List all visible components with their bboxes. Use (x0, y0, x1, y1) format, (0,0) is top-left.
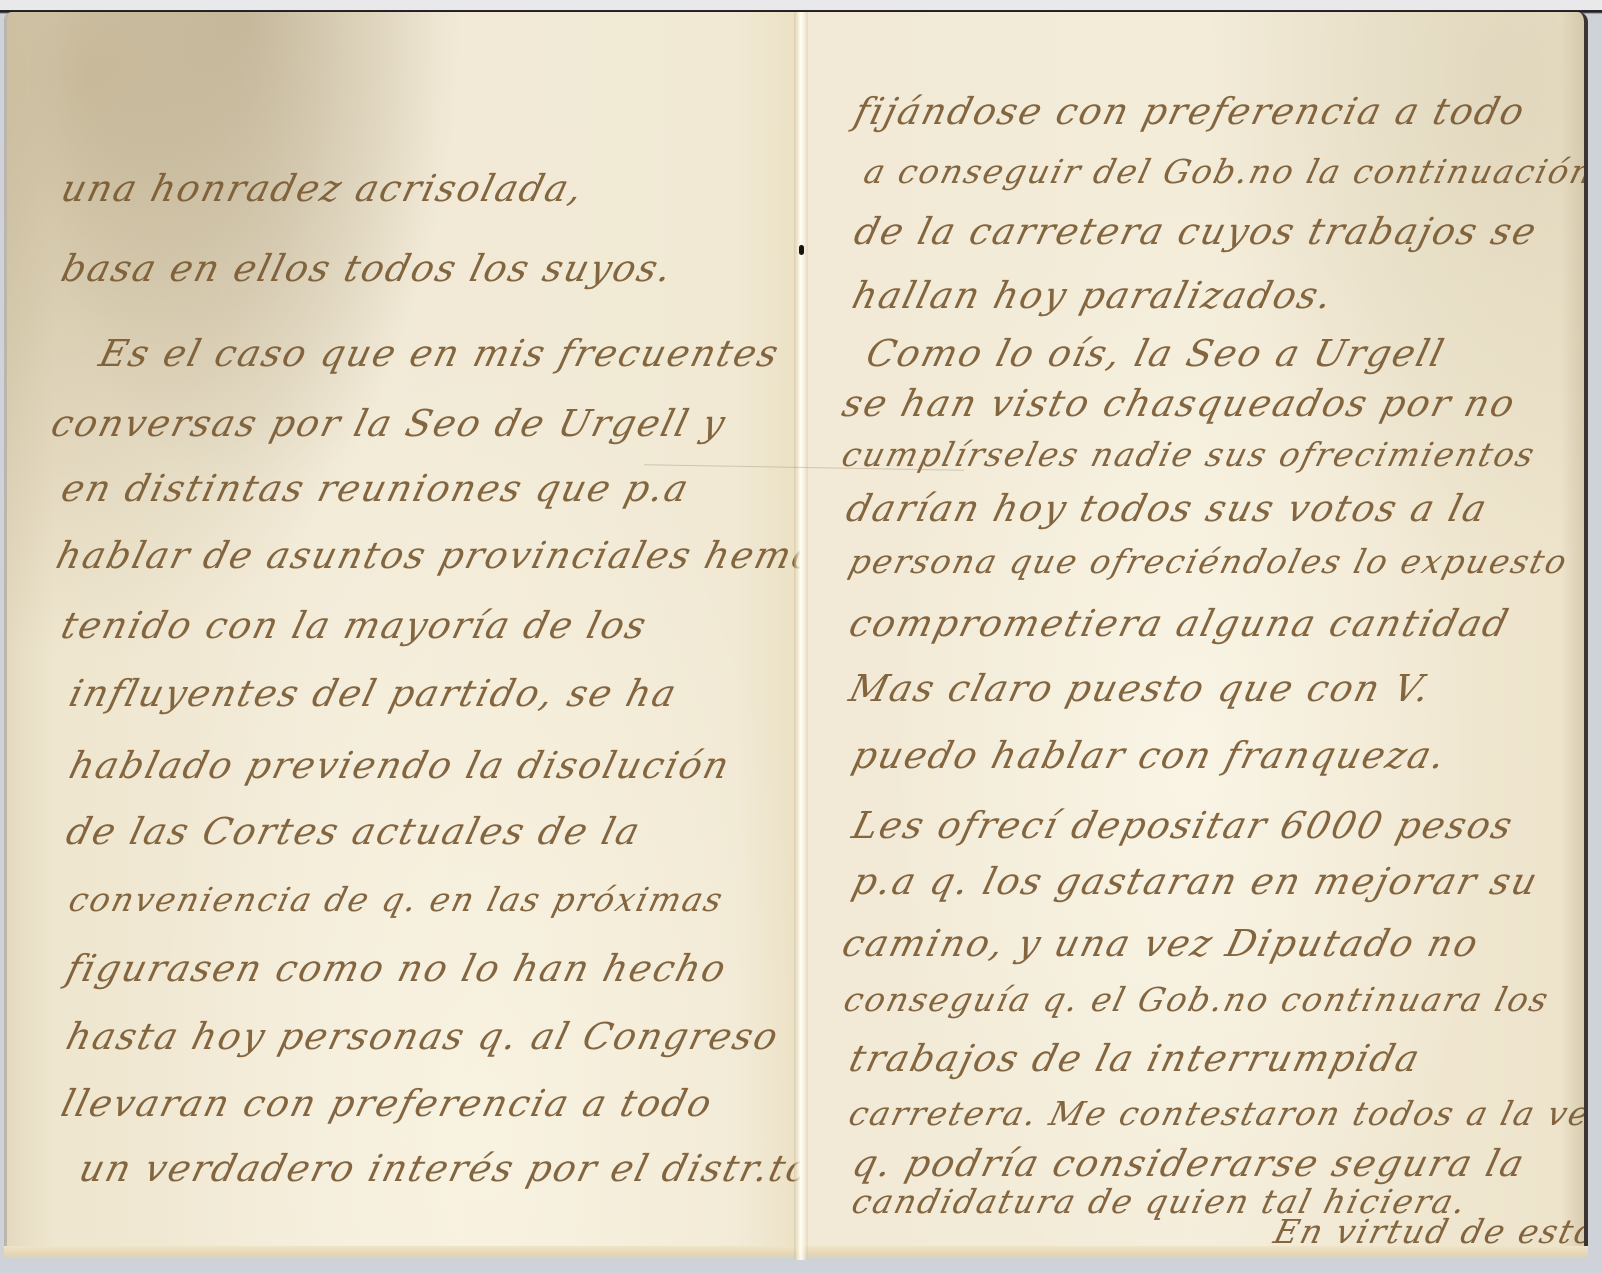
handwritten-line: hablar de asuntos provinciales hemos (52, 534, 800, 577)
handwritten-line: hallan hoy paralizados. (848, 274, 1338, 317)
handwritten-line: llevaran con preferencia a todo (57, 1082, 718, 1125)
handwritten-line: trabajos de la interrumpida (845, 1037, 1426, 1080)
handwritten-line: darían hoy todos sus votos a la (842, 487, 1493, 530)
handwritten-line: Mas claro puesto que con V. (845, 667, 1436, 710)
handwritten-line: p.a q. los gastaran en mejorar su (848, 860, 1543, 903)
handwritten-line: a conseguir del Gob.no la continuación (860, 152, 1588, 191)
handwritten-line: cumplírseles nadie sus ofrecimientos (838, 435, 1540, 474)
right-page-text: fijándose con preferencia a todo a conse… (800, 12, 1584, 1260)
handwritten-line: en distintas reuniones que p.a (57, 467, 694, 510)
handwritten-line: puedo hablar con franqueza. (848, 734, 1451, 777)
handwritten-line: influyentes del partido, se ha (65, 672, 682, 715)
handwritten-line: una honradez acrisolada, (57, 167, 589, 210)
handwritten-line: de la carretera cuyos trabajos se (850, 210, 1542, 253)
handwritten-line: camino, y una vez Diputado no (838, 922, 1484, 965)
left-page-text: una honradez acrisolada, basa en ellos t… (7, 12, 800, 1260)
scanned-document: una honradez acrisolada, basa en ellos t… (0, 0, 1602, 1273)
handwritten-line: figurasen como no lo han hecho (62, 947, 732, 990)
handwritten-line: conveniencia de q. en las próximas (65, 880, 728, 919)
handwritten-line: persona que ofreciéndoles lo expuesto (845, 542, 1573, 581)
handwritten-line: de las Cortes actuales de la (62, 810, 646, 853)
handwritten-line: q. podría considerarse segura la (848, 1142, 1530, 1185)
handwritten-line: hasta hoy personas q. al Congreso (62, 1015, 784, 1058)
handwritten-line: comprometiera alguna cantidad (845, 602, 1514, 645)
handwritten-line: basa en ellos todos los suyos. (57, 247, 678, 290)
handwritten-line: hablado previendo la disolución (65, 744, 735, 787)
letter-spread: una honradez acrisolada, basa en ellos t… (4, 12, 1588, 1260)
handwritten-line: fijándose con preferencia a todo (850, 90, 1530, 133)
handwritten-line: se han visto chasqueados por no (838, 382, 1521, 425)
handwritten-line: conversas por la Seo de Urgell y (47, 402, 731, 445)
handwritten-line: conseguía q. el Gob.no continuara los (840, 980, 1554, 1019)
handwritten-line: un verdadero interés por el distr.to (75, 1147, 800, 1190)
handwritten-line: Como lo oís, la Seo a Urgell (862, 332, 1450, 375)
handwritten-line: Les ofrecí depositar 6000 pesos (848, 804, 1518, 847)
page-gutter-fold (794, 12, 808, 1260)
pin-hole (799, 245, 804, 255)
right-page: fijándose con preferencia a todo a conse… (800, 12, 1588, 1260)
handwritten-line: Es el caso que en mis frecuentes (95, 332, 784, 375)
handwritten-line: carretera. Me contestaron todos a la vez (845, 1094, 1588, 1133)
handwritten-line: tenido con la mayoría de los (57, 604, 652, 647)
left-page: una honradez acrisolada, basa en ellos t… (4, 12, 800, 1260)
